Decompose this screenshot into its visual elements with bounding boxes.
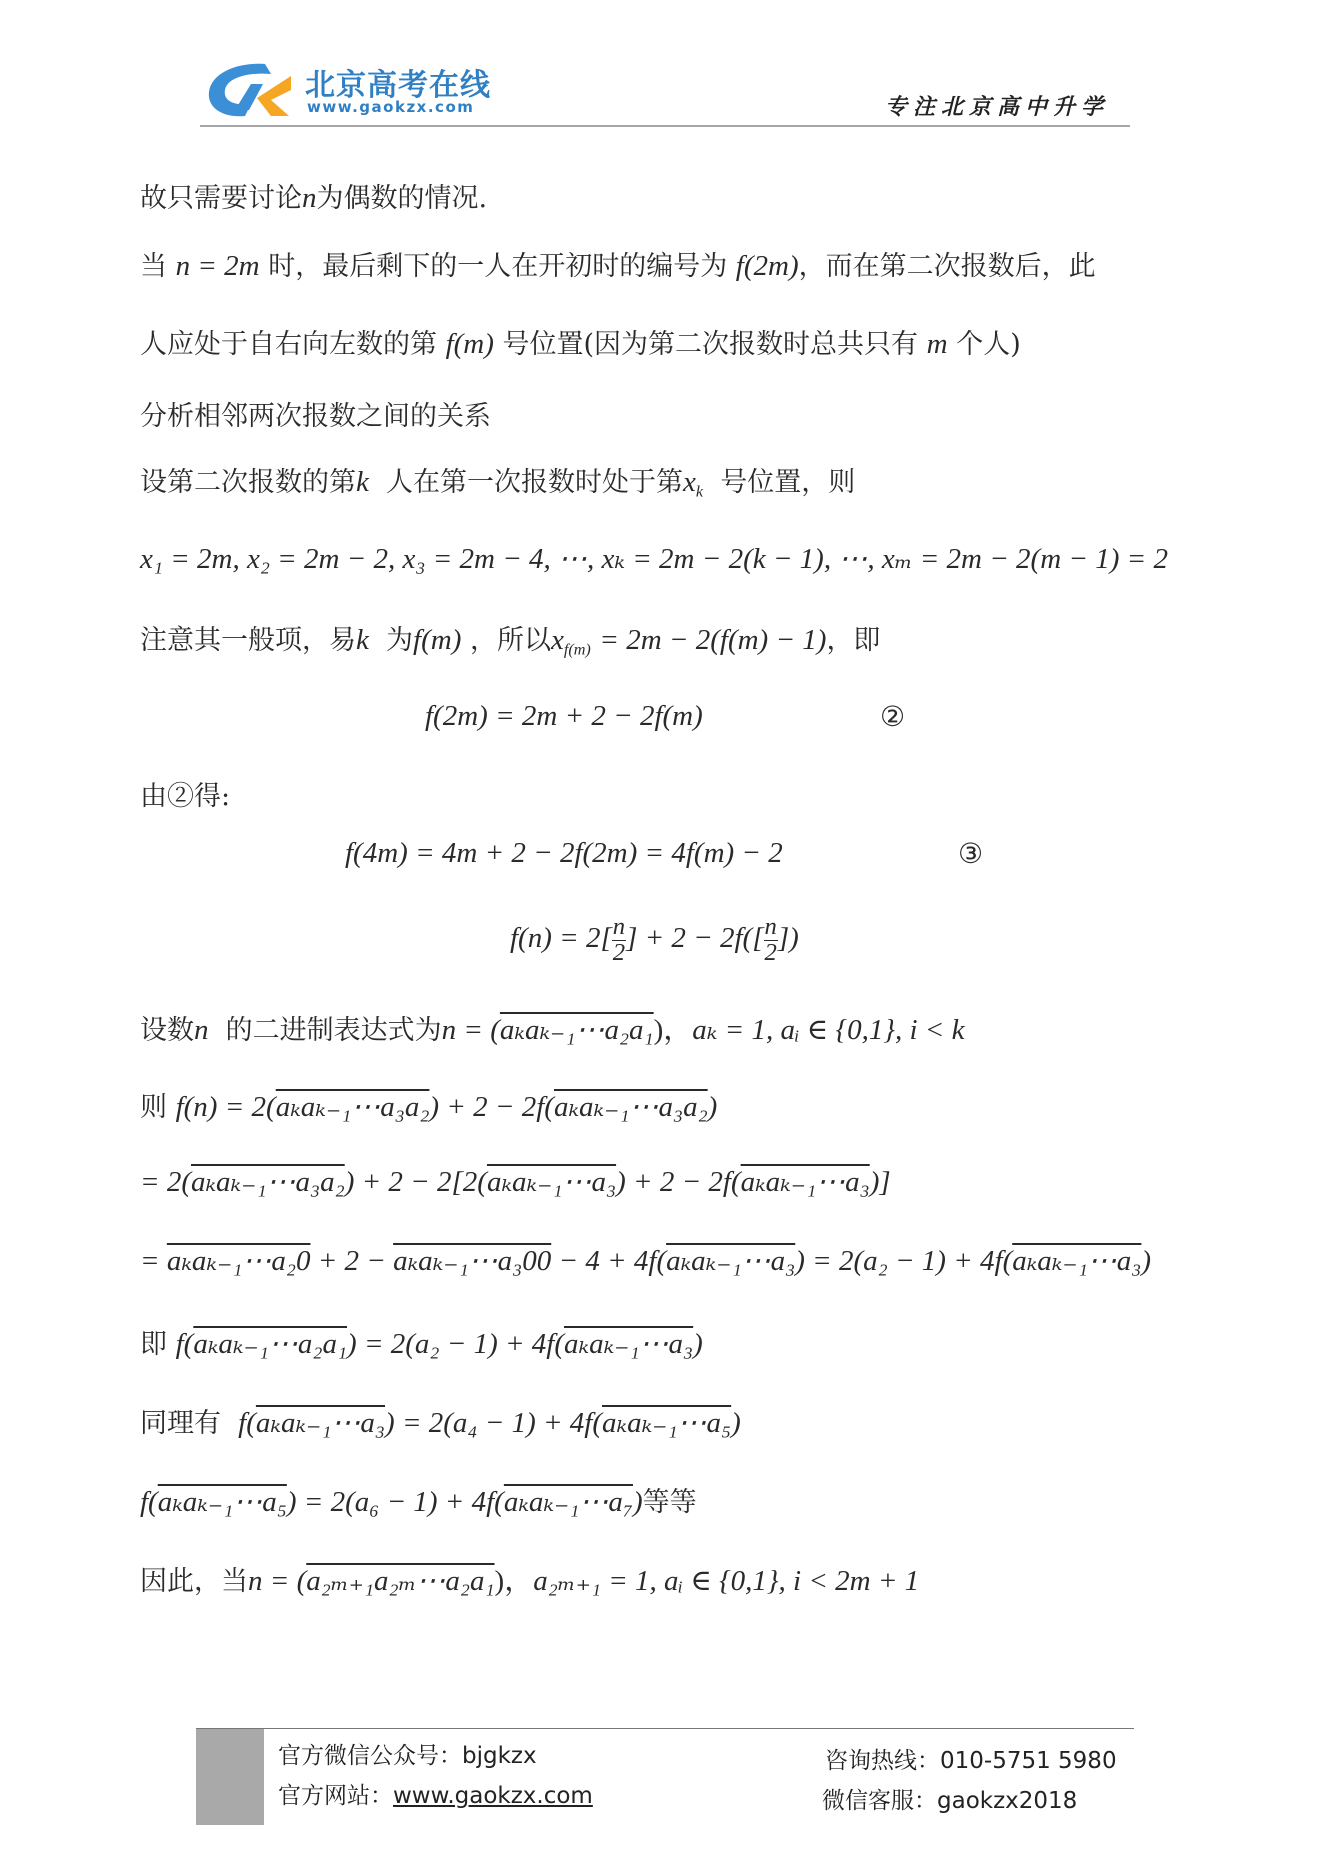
equation-line: = aₖaₖ₋₁⋯a₂0 + 2 − aₖaₖ₋₁⋯a₃00 − 4 + 4f(… bbox=[140, 1243, 1151, 1278]
footer-wechat-official: 官方微信公众号：bjgkzx bbox=[278, 1737, 537, 1770]
brand-url[interactable]: www.gaokzx.com bbox=[307, 98, 474, 116]
paragraph-line: 设数n 的二进制表达式为n = (aₖaₖ₋₁⋯a₂a₁)，aₖ = 1, aᵢ… bbox=[140, 1007, 964, 1048]
paragraph-line: 当 n = 2m 时，最后剩下的一人在开初时的编号为 f(2m)，而在第二次报数… bbox=[140, 244, 1096, 283]
equation-label-2: ② bbox=[880, 700, 905, 733]
paragraph-line: 故只需要讨论n为偶数的情况. bbox=[140, 176, 487, 215]
equation-2: f(2m) = 2m + 2 − 2f(m) bbox=[425, 700, 703, 733]
equation-sequence: x₁ = 2m, x₂ = 2m − 2, x₃ = 2m − 4, ⋯, xₖ… bbox=[140, 541, 1168, 576]
header-slogan: 专注北京高中升学 bbox=[885, 90, 1109, 121]
equation-floor: f(n) = 2[n2] + 2 − 2f([n2]) bbox=[510, 915, 799, 965]
footer-website: 官方网站：www.gaokzx.com bbox=[278, 1777, 593, 1810]
paragraph-line: 分析相邻两次报数之间的关系 bbox=[140, 394, 491, 433]
paragraph-line: 同理有 f(aₖaₖ₋₁⋯a₃) = 2(a₄ − 1) + 4f(aₖaₖ₋₁… bbox=[140, 1401, 741, 1440]
footer-website-link[interactable]: www.gaokzx.com bbox=[393, 1783, 593, 1809]
gaokzx-logo-icon bbox=[205, 60, 295, 122]
paragraph-line: 则 f(n) = 2(aₖaₖ₋₁⋯a₃a₂) + 2 − 2f(aₖaₖ₋₁⋯… bbox=[140, 1085, 717, 1124]
footer-gray-block bbox=[196, 1729, 264, 1825]
paragraph-line: 设第二次报数的第k 人在第一次报数时处于第xk 号位置，则 bbox=[140, 460, 855, 502]
paragraph-line: f(aₖaₖ₋₁⋯a₅) = 2(a₆ − 1) + 4f(aₖaₖ₋₁⋯a₇)… bbox=[140, 1480, 697, 1519]
paragraph-line: 由②得: bbox=[140, 774, 230, 813]
equation-3: f(4m) = 4m + 2 − 2f(2m) = 4f(m) − 2 bbox=[345, 837, 783, 870]
footer-divider bbox=[196, 1728, 1134, 1729]
paragraph-line: 注意其一般项，易k 为f(m) ，所以xf(m) = 2m − 2(f(m) −… bbox=[140, 618, 880, 660]
header-divider bbox=[200, 125, 1130, 127]
paragraph-line: 人应处于自右向左数的第 f(m) 号位置(因为第二次报数时总共只有 m 个人) bbox=[140, 322, 1021, 361]
footer-wechat-service: 微信客服：gaokzx2018 bbox=[822, 1782, 1077, 1815]
paragraph-line: 因此，当n = (a₂ₘ₊₁a₂ₘ⋯a₂a₁)，a₂ₘ₊₁ = 1, aᵢ ∈ … bbox=[140, 1558, 919, 1599]
footer-hotline: 咨询热线：010-5751 5980 bbox=[825, 1742, 1117, 1775]
equation-label-3: ③ bbox=[958, 837, 983, 870]
equation-line: = 2(aₖaₖ₋₁⋯a₃a₂) + 2 − 2[2(aₖaₖ₋₁⋯a₃) + … bbox=[140, 1164, 891, 1199]
paragraph-line: 即 f(aₖaₖ₋₁⋯a₂a₁) = 2(a₂ − 1) + 4f(aₖaₖ₋₁… bbox=[140, 1322, 703, 1361]
